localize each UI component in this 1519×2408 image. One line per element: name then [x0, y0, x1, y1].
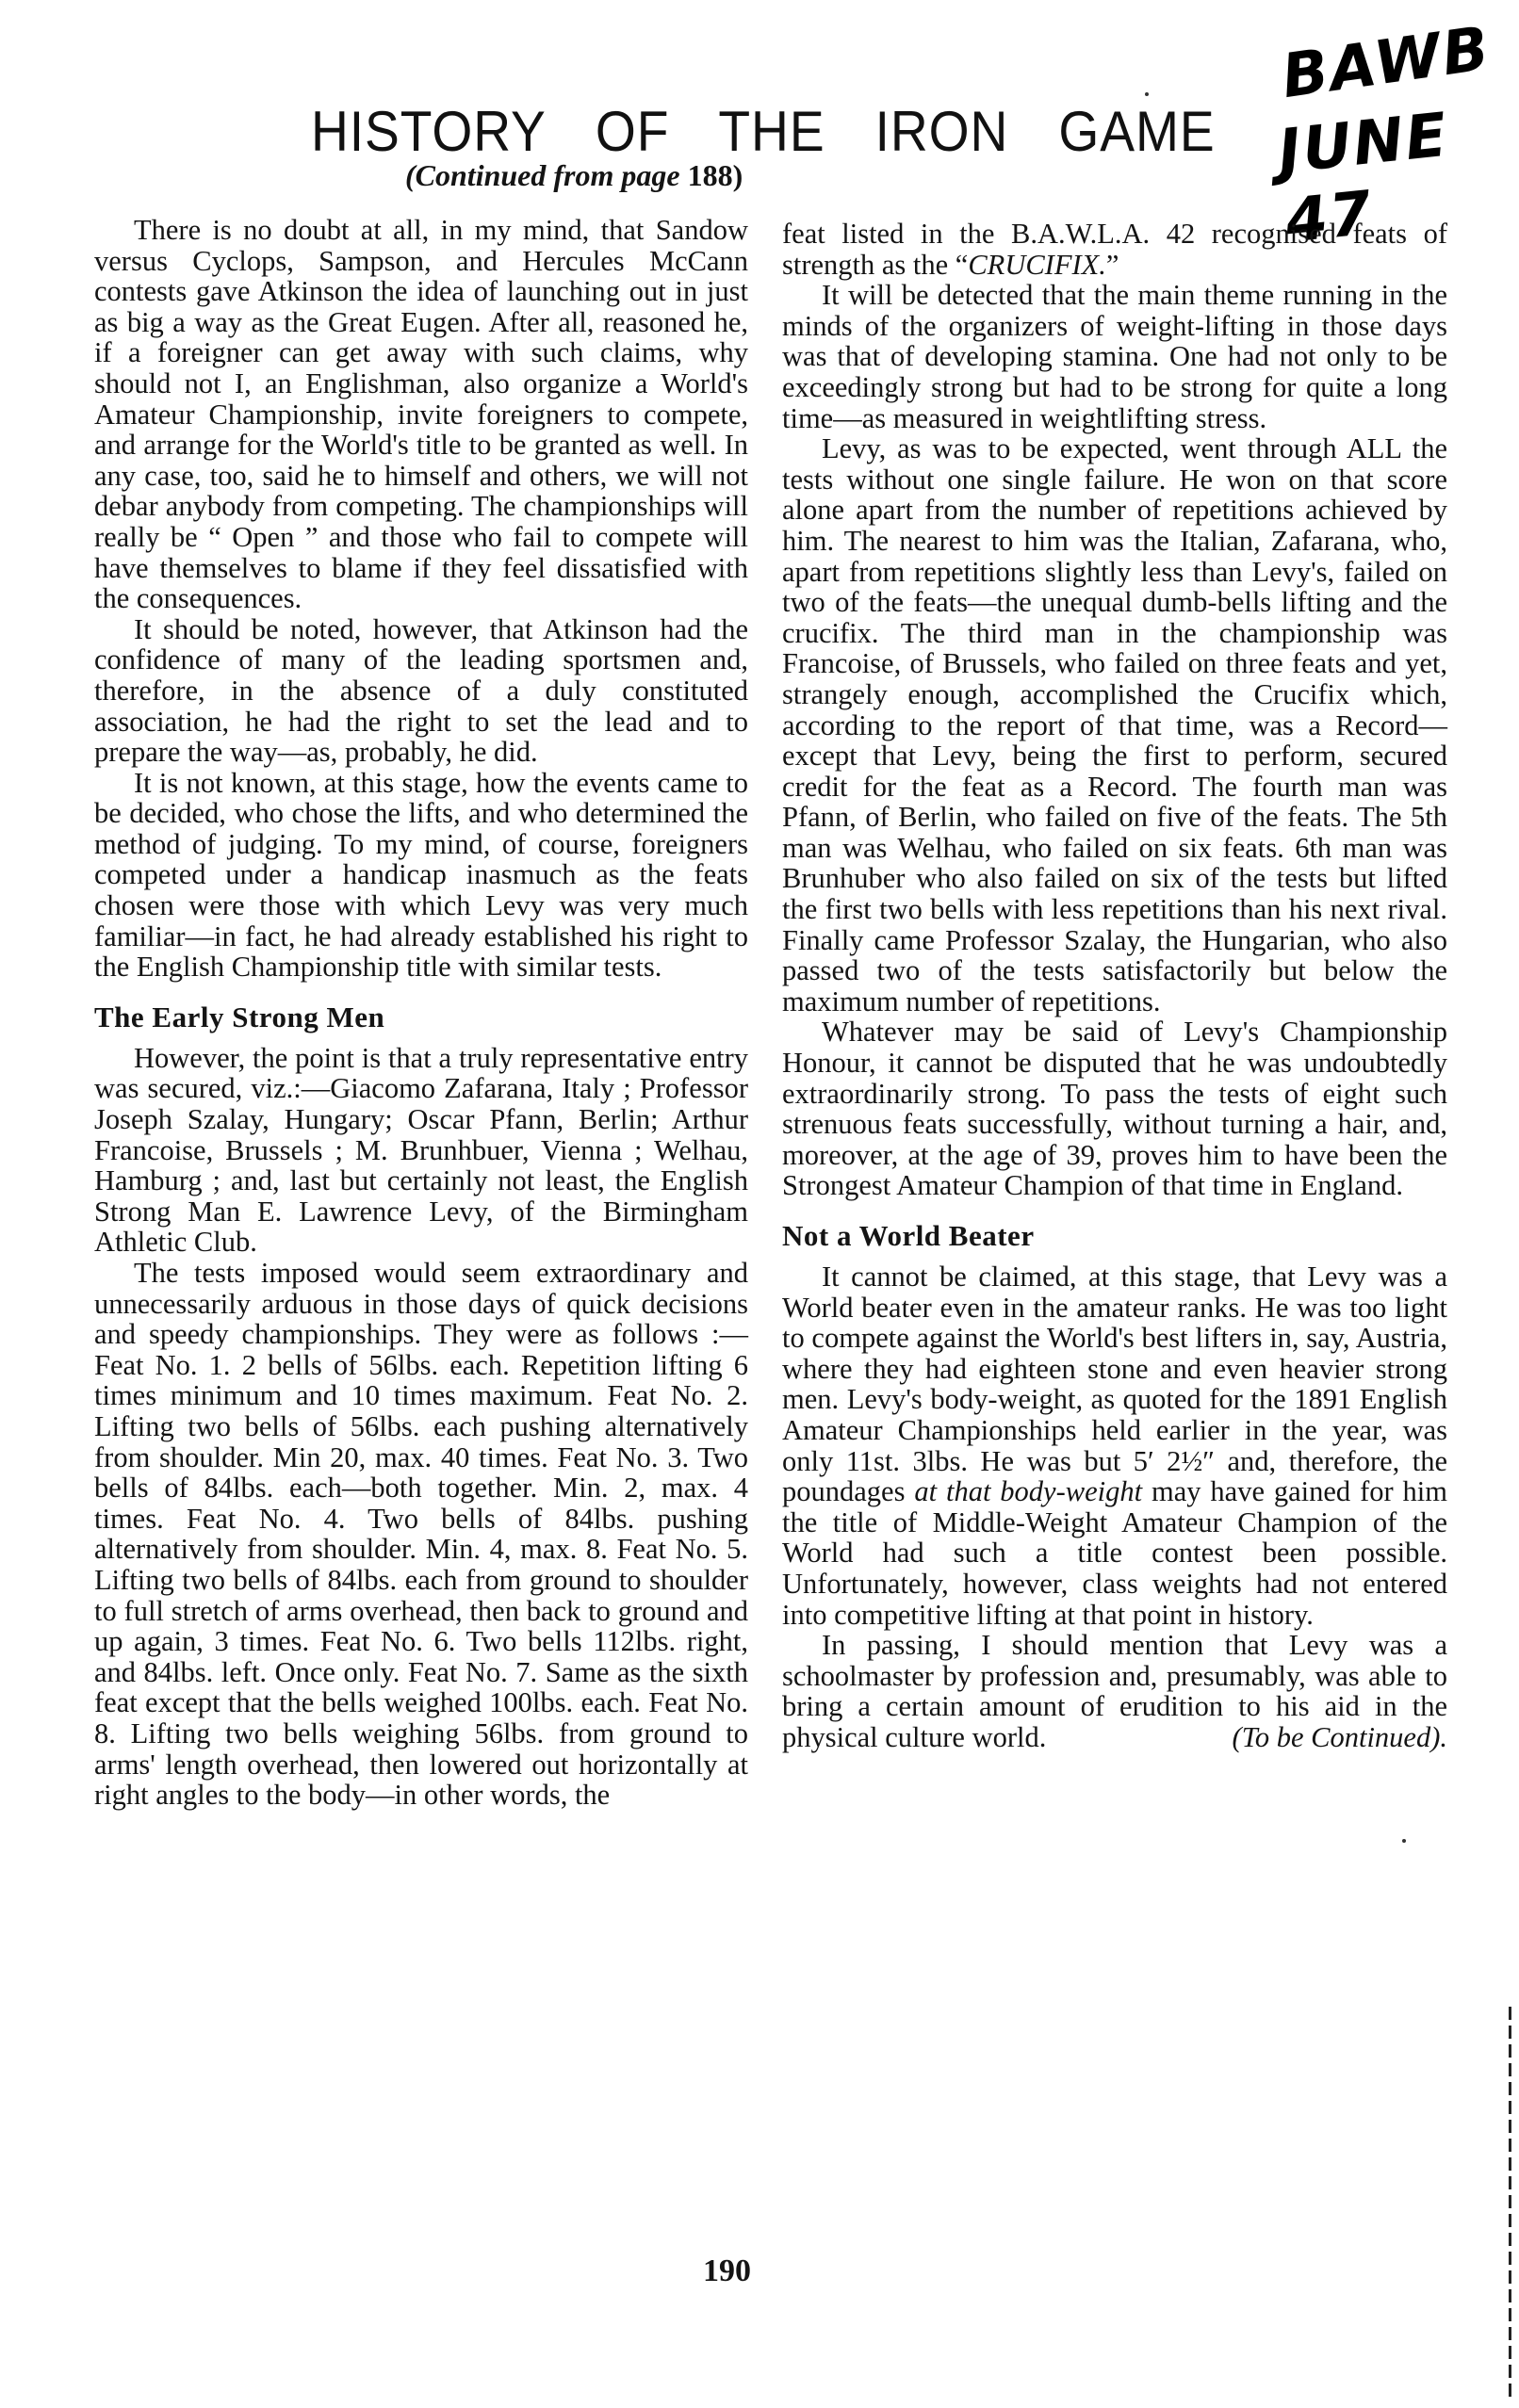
paragraph: The tests imposed would seem extra­ordin…: [94, 1258, 748, 1811]
emphasis-body-weight: at that body-weight: [914, 1475, 1142, 1507]
continued-note-page: 188): [688, 158, 743, 192]
emphasis-crucifix: CRUCIFIX.: [968, 249, 1106, 281]
scan-speck: [1402, 1839, 1406, 1843]
paragraph: It should be noted, however, that Atkins…: [94, 614, 748, 768]
text-run: It cannot be claimed, at this stage, tha…: [782, 1261, 1447, 1507]
paragraph: It is not known, at this stage, how the …: [94, 768, 748, 983]
page-title: HISTORY OF THE IRON GAME: [311, 102, 1186, 162]
left-column: There is no doubt at all, in my mind, th…: [94, 215, 748, 1811]
paragraph: Levy, as was to be expected, went throug…: [782, 433, 1447, 1017]
paragraph: However, the point is that a truly repre…: [94, 1043, 748, 1258]
paragraph: There is no doubt at all, in my mind, th…: [94, 215, 748, 614]
right-column: feat listed in the B.A.W.L.A. 42 recogni…: [782, 219, 1447, 1753]
section-heading-not-a-world-beater: Not a World Beater: [782, 1220, 1447, 1252]
paragraph: Whatever may be said of Levy's Cham­pion…: [782, 1017, 1447, 1201]
section-heading-early-strong-men: The Early Strong Men: [94, 1001, 748, 1033]
handwritten-note-line1: BAWB: [1278, 14, 1494, 112]
scan-speck: [1145, 92, 1149, 96]
paragraph: It will be detected that the main theme …: [782, 280, 1447, 433]
paragraph: It cannot be claimed, at this stage, tha…: [782, 1261, 1447, 1630]
continued-note-prefix: (Continued from page: [405, 158, 680, 192]
scan-edge-mark: [1509, 2007, 1511, 2402]
text-run: ”: [1106, 249, 1119, 281]
continued-note: (Continued from page 188): [405, 158, 743, 193]
paragraph: feat listed in the B.A.W.L.A. 42 recogni…: [782, 219, 1447, 280]
page-number: 190: [703, 2253, 751, 2289]
